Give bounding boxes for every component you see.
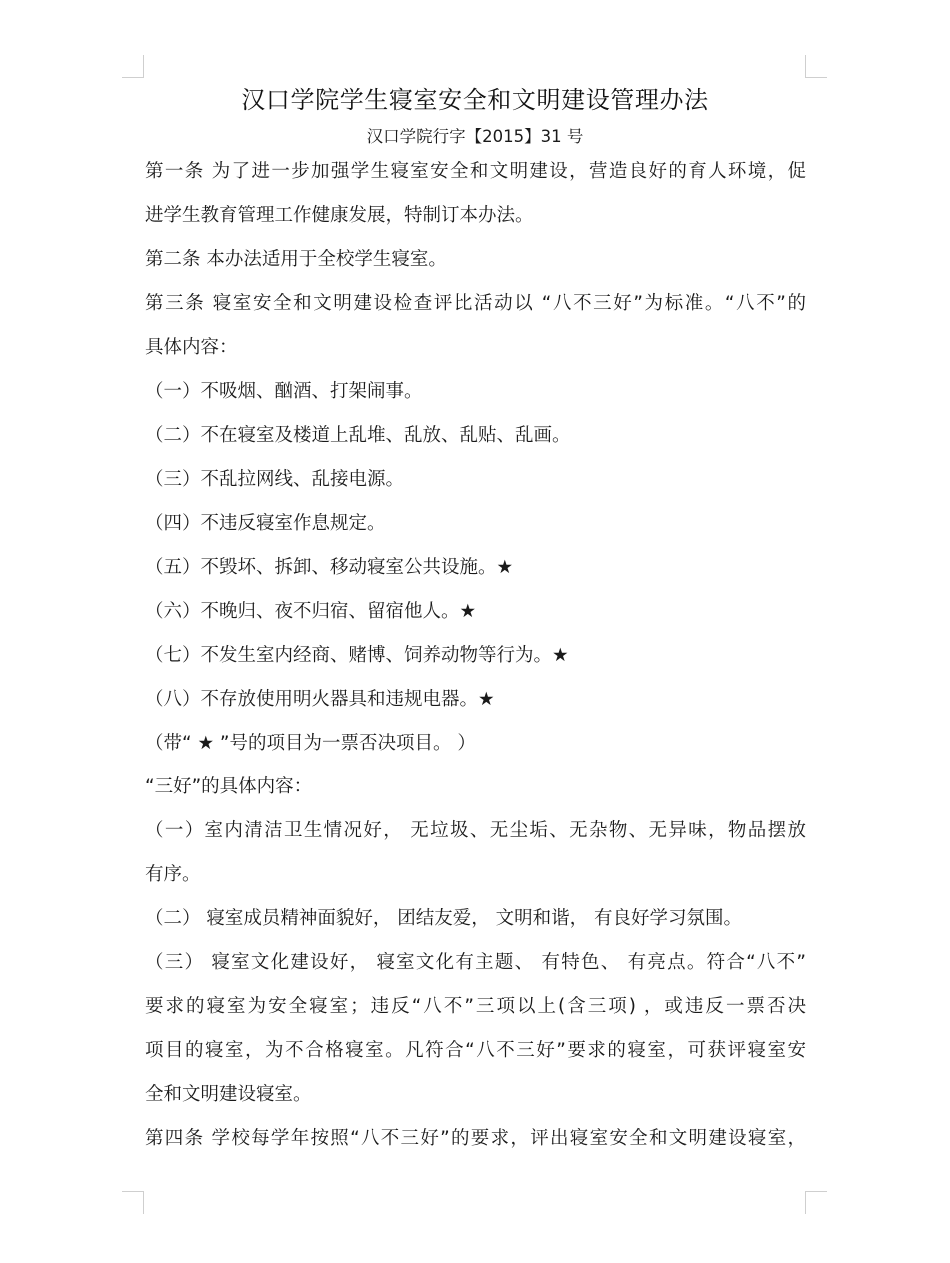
margin-corner-mark-bottom-left bbox=[122, 1191, 144, 1214]
body-line: 第一条 为了进一步加强学生寝室安全和文明建设，营造良好的育人环境，促 bbox=[145, 159, 806, 185]
document-page: 汉口学院学生寝室安全和文明建设管理办法 汉口学院行字【2015】31 号 第一条… bbox=[0, 0, 950, 1263]
margin-corner-mark-top-left bbox=[122, 55, 144, 78]
body-line: （四）不违反寝室作息规定。 bbox=[145, 511, 386, 537]
body-line: 项目的寝室，为不合格寝室。凡符合“八不三好”要求的寝室，可获评寝室安 bbox=[145, 1038, 806, 1064]
body-line: 具体内容： bbox=[145, 335, 238, 361]
body-line: （一）室内清洁卫生情况好， 无垃圾、无尘垢、无杂物、无异味，物品摆放 bbox=[145, 818, 806, 844]
body-line: 有序。 bbox=[145, 862, 201, 888]
body-line: （一）不吸烟、酗酒、打架闹事。 bbox=[145, 379, 423, 405]
document-title: 汉口学院学生寝室安全和文明建设管理办法 bbox=[0, 84, 950, 116]
body-line: （五）不毁坏、拆卸、移动寝室公共设施。★ bbox=[145, 555, 513, 581]
body-line: 第四条 学校每学年按照“八不三好”的要求，评出寝室安全和文明建设寝室， bbox=[145, 1126, 806, 1152]
body-line: （七）不发生室内经商、赌博、饲养动物等行为。★ bbox=[145, 643, 569, 669]
body-line: 全和文明建设寝室。 bbox=[145, 1082, 312, 1108]
body-line: （带“ ★ ”号的项目为一票否决项目。 ） bbox=[145, 731, 476, 757]
body-line: 要求的寝室为安全寝室；违反“八不”三项以上(含三项) ，或违反一票否决 bbox=[145, 994, 806, 1020]
body-line: “三好”的具体内容： bbox=[145, 774, 312, 800]
body-line: 第三条 寝室安全和文明建设检查评比活动以 “八不三好”为标准。“八不”的 bbox=[145, 291, 806, 317]
margin-corner-mark-bottom-right bbox=[805, 1191, 827, 1214]
body-line: （三）不乱拉网线、乱接电源。 bbox=[145, 467, 404, 493]
document-number: 汉口学院行字【2015】31 号 bbox=[0, 125, 950, 149]
body-line: 第二条 本办法适用于全校学生寝室。 bbox=[145, 247, 447, 273]
body-line: （二）不在寝室及楼道上乱堆、乱放、乱贴、乱画。 bbox=[145, 423, 571, 449]
body-line: （三） 寝室文化建设好， 寝室文化有主题、 有特色、 有亮点。符合“八不” bbox=[145, 950, 806, 976]
body-line: （六）不晚归、夜不归宿、留宿他人。★ bbox=[145, 599, 476, 625]
body-line: （二） 寝室成员精神面貌好， 团结友爱， 文明和谐， 有良好学习氛围。 bbox=[145, 906, 742, 932]
margin-corner-mark-top-right bbox=[805, 55, 827, 78]
body-line: （八）不存放使用明火器具和违规电器。★ bbox=[145, 687, 495, 713]
body-line: 进学生教育管理工作健康发展，特制订本办法。 bbox=[145, 203, 534, 229]
